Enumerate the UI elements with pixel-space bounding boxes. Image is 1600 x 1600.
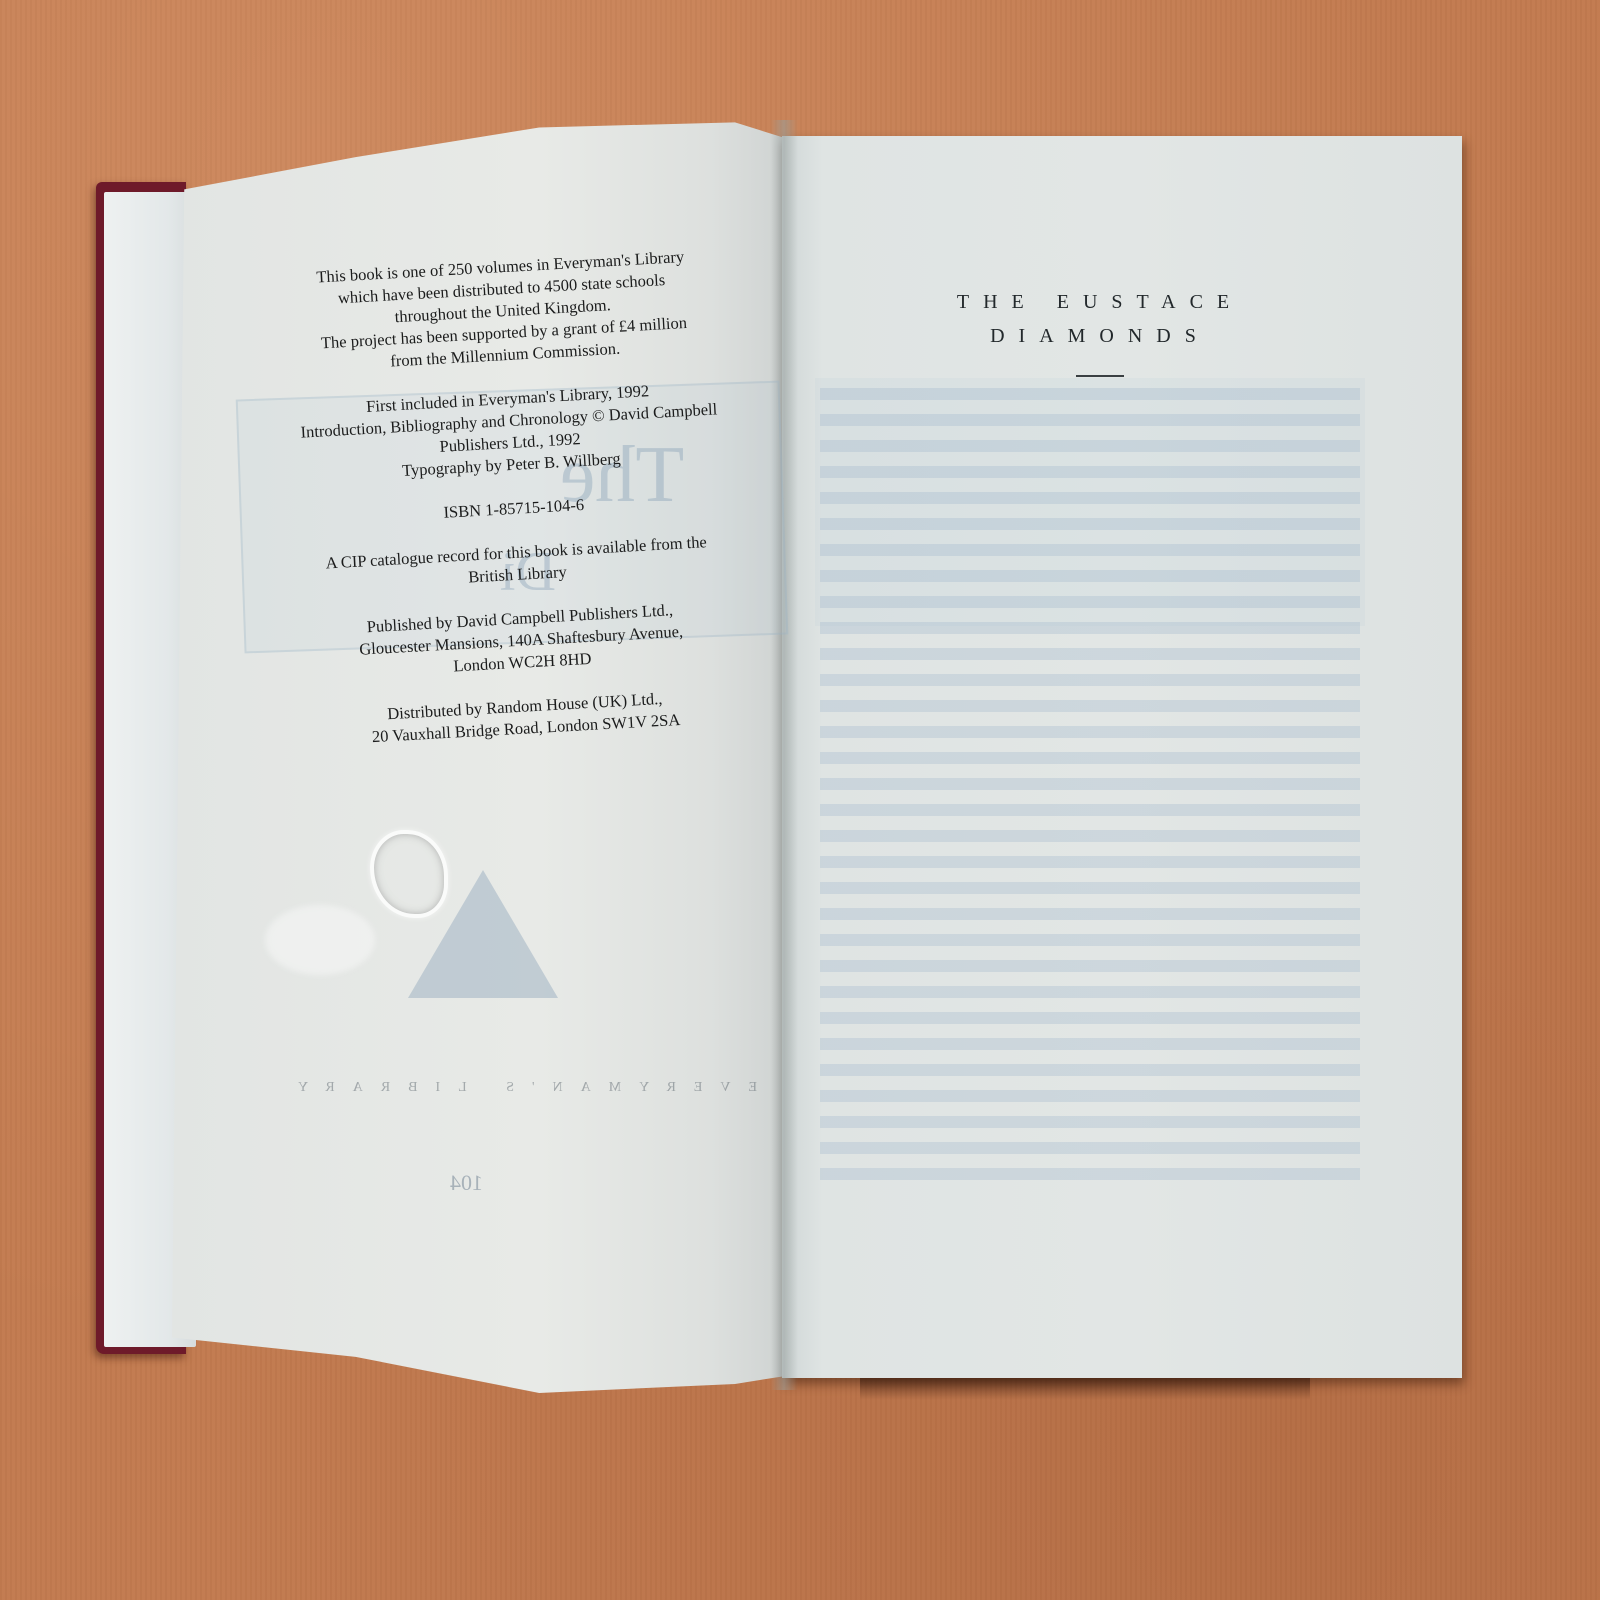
half-title: THE EUSTACE DIAMONDS (900, 285, 1300, 377)
show-through-text (820, 380, 1360, 1180)
show-through-series: EVERYMAN'S LIBRARY (280, 1080, 757, 1096)
copyright-block-isbn: ISBN 1-85715-104-6 (304, 486, 725, 531)
show-through-number: 104 (450, 1170, 483, 1196)
half-title-line-2: DIAMONDS (900, 319, 1300, 353)
copyright-block-edition: First included in Everyman's Library, 19… (297, 376, 721, 487)
book-gutter (770, 120, 798, 1390)
copyright-block-cip: A CIP catalogue record for this book is … (306, 530, 728, 597)
paper-scuff (265, 905, 375, 975)
copyright-block-distribution: This book is one of 250 volumes in Every… (290, 245, 715, 378)
copyright-text: This book is one of 250 volumes in Every… (290, 245, 738, 774)
isbn-line: ISBN 1-85715-104-6 (304, 486, 725, 531)
title-rule (1076, 375, 1124, 377)
copyright-block-distributor: Distributed by Random House (UK) Ltd., 2… (315, 684, 737, 751)
half-title-line-1: THE EUSTACE (900, 285, 1300, 319)
copyright-block-publisher: Published by David Campbell Publishers L… (310, 596, 733, 685)
